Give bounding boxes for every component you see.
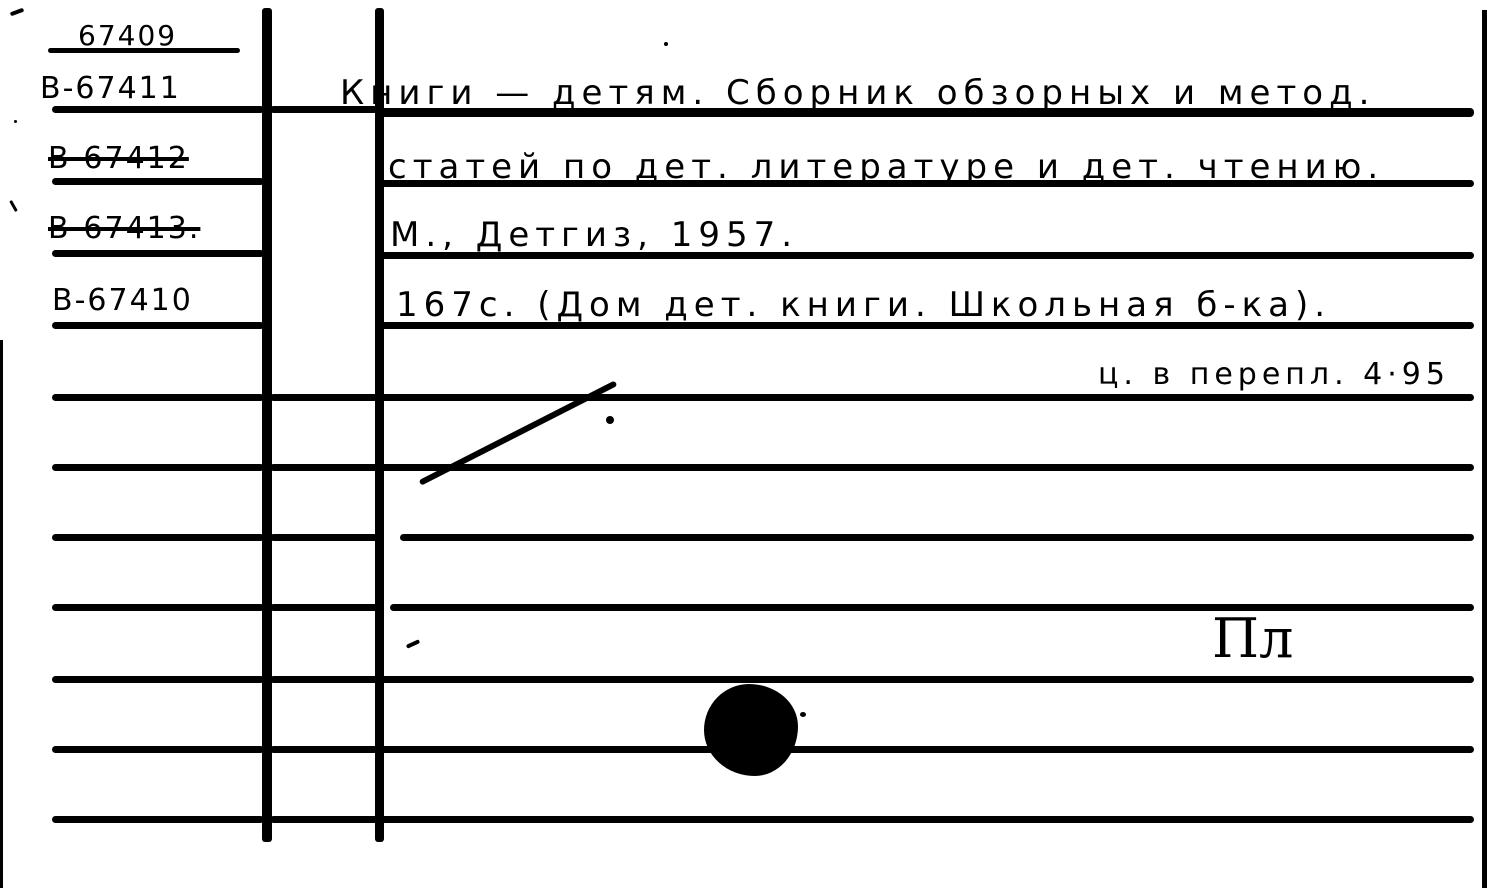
- speck: [800, 712, 806, 717]
- ruled-line: [400, 534, 1474, 541]
- ruled-line: [52, 534, 264, 541]
- card-left-edge: [0, 340, 3, 888]
- entry-line-2: статей по дет. литературе и дет. чтению.: [388, 150, 1384, 184]
- price-note: ц. в перепл. 4·95: [1098, 360, 1450, 390]
- marginal-initials: Пл: [1212, 612, 1293, 666]
- speck: [606, 416, 614, 424]
- entry-line-4: 167с. (Дом дет. книги. Школьная б-ка).: [396, 288, 1331, 322]
- entry-line-3: М., Детгиз, 1957.: [390, 218, 798, 252]
- ruled-line: [270, 816, 378, 823]
- ruled-line: [52, 106, 264, 113]
- accession-number-1: 67409: [78, 22, 177, 50]
- ruled-line: [270, 676, 378, 683]
- speck: [406, 639, 420, 649]
- column-rule-right: [375, 8, 384, 842]
- speck: [14, 120, 17, 123]
- ruled-line: [52, 394, 264, 401]
- ruled-line: [270, 394, 378, 401]
- ruled-line: [270, 604, 378, 611]
- card-right-edge: [1482, 10, 1487, 888]
- ruled-line: [380, 816, 1474, 823]
- ruled-line: [52, 178, 264, 185]
- accession-number-5: В-67410: [52, 286, 193, 316]
- ruled-line: [52, 464, 264, 471]
- ruled-line: [380, 394, 1474, 401]
- ruled-line: [380, 676, 1474, 683]
- entry-line-1: Книги — детям. Сборник обзорных и метод.: [340, 76, 1375, 110]
- ruled-line: [52, 676, 264, 683]
- ruled-line: [270, 464, 378, 471]
- accession-number-2: В-67411: [40, 74, 181, 104]
- column-rule-left: [262, 8, 272, 842]
- ruled-line: [270, 746, 378, 753]
- ruled-line: [380, 746, 1474, 753]
- accession-number-3: В-67412: [48, 144, 189, 174]
- ruled-line: [270, 534, 378, 541]
- accession-number-4: В-67413.: [48, 214, 200, 244]
- ruled-line: [390, 604, 1474, 611]
- ruled-line: [52, 746, 264, 753]
- ruled-line: [52, 816, 264, 823]
- ruled-line: [380, 464, 1474, 471]
- speck: [664, 42, 668, 46]
- ruled-line: [52, 322, 264, 329]
- speck: [9, 200, 18, 212]
- ruled-line: [52, 604, 264, 611]
- ink-blot: [704, 684, 798, 776]
- ruled-line: [52, 250, 264, 257]
- catalog-card: 67409 В-67411 В-67412 В-67413. В-67410 К…: [0, 0, 1488, 888]
- speck: [10, 8, 25, 17]
